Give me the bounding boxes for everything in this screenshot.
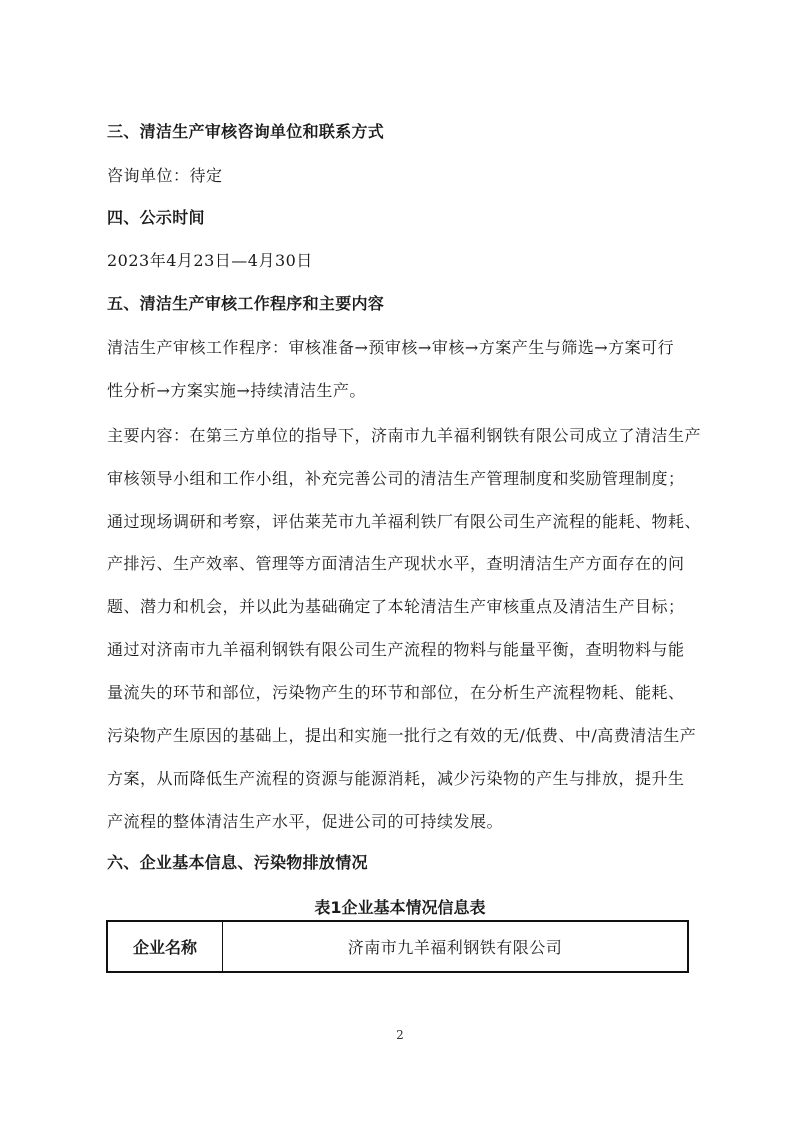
content-line: 通过现场调研和考察，评估莱芜市九羊福利铁厂有限公司生产流程的能耗、物耗、	[107, 512, 701, 532]
content-line: 污染物产生原因的基础上，提出和实施一批行之有效的无/低费、中/高费清洁生产	[107, 726, 696, 746]
procedure-line: 清洁生产审核工作程序：审核准备→预审核→审核→方案产生与筛选→方案可行	[107, 338, 674, 358]
section-4-heading: 四、公示时间	[107, 208, 205, 228]
publicity-period-text: 2023年4月23日—4月30日	[107, 251, 313, 271]
content-line: 题、潜力和机会，并以此为基础确定了本轮清洁生产审核重点及清洁生产目标；	[107, 597, 685, 617]
content-line: 通过对济南市九羊福利钢铁有限公司生产流程的物料与能量平衡，查明物料与能	[107, 640, 685, 660]
content-line: 量流失的环节和部位，污染物产生的环节和部位，在分析生产流程物耗、能耗、	[107, 683, 685, 703]
document-page: 三、清洁生产审核咨询单位和联系方式 咨询单位：待定 四、公示时间 2023年4月…	[0, 0, 800, 1131]
company-info-table: 企业名称 济南市九羊福利钢铁有限公司	[106, 920, 689, 973]
content-line: 审核领导小组和工作小组，补充完善公司的清洁生产管理制度和奖励管理制度；	[107, 469, 685, 489]
section-3-heading: 三、清洁生产审核咨询单位和联系方式	[107, 122, 384, 142]
procedure-line: 性分析→方案实施→持续清洁生产。	[107, 381, 366, 401]
content-line: 主要内容：在第三方单位的指导下，济南市九羊福利钢铁有限公司成立了清洁生产	[107, 426, 701, 446]
consult-unit-text: 咨询单位：待定	[107, 166, 223, 186]
company-name-value: 济南市九羊福利钢铁有限公司	[223, 921, 689, 972]
content-line: 方案，从而降低生产流程的资源与能源消耗，减少污染物的产生与排放，提升生	[107, 769, 685, 789]
content-line: 产排污、生产效率、管理等方面清洁生产现状水平，查明清洁生产方面存在的问	[107, 554, 685, 574]
section-5-heading: 五、清洁生产审核工作程序和主要内容	[107, 294, 384, 314]
page-number: 2	[0, 1028, 800, 1042]
table-row: 企业名称 济南市九羊福利钢铁有限公司	[107, 921, 688, 972]
table-caption: 表1企业基本情况信息表	[0, 895, 800, 918]
section-6-heading: 六、企业基本信息、污染物排放情况	[107, 853, 368, 873]
company-name-label: 企业名称	[107, 921, 223, 972]
content-line: 产流程的整体清洁生产水平，促进公司的可持续发展。	[107, 812, 503, 832]
